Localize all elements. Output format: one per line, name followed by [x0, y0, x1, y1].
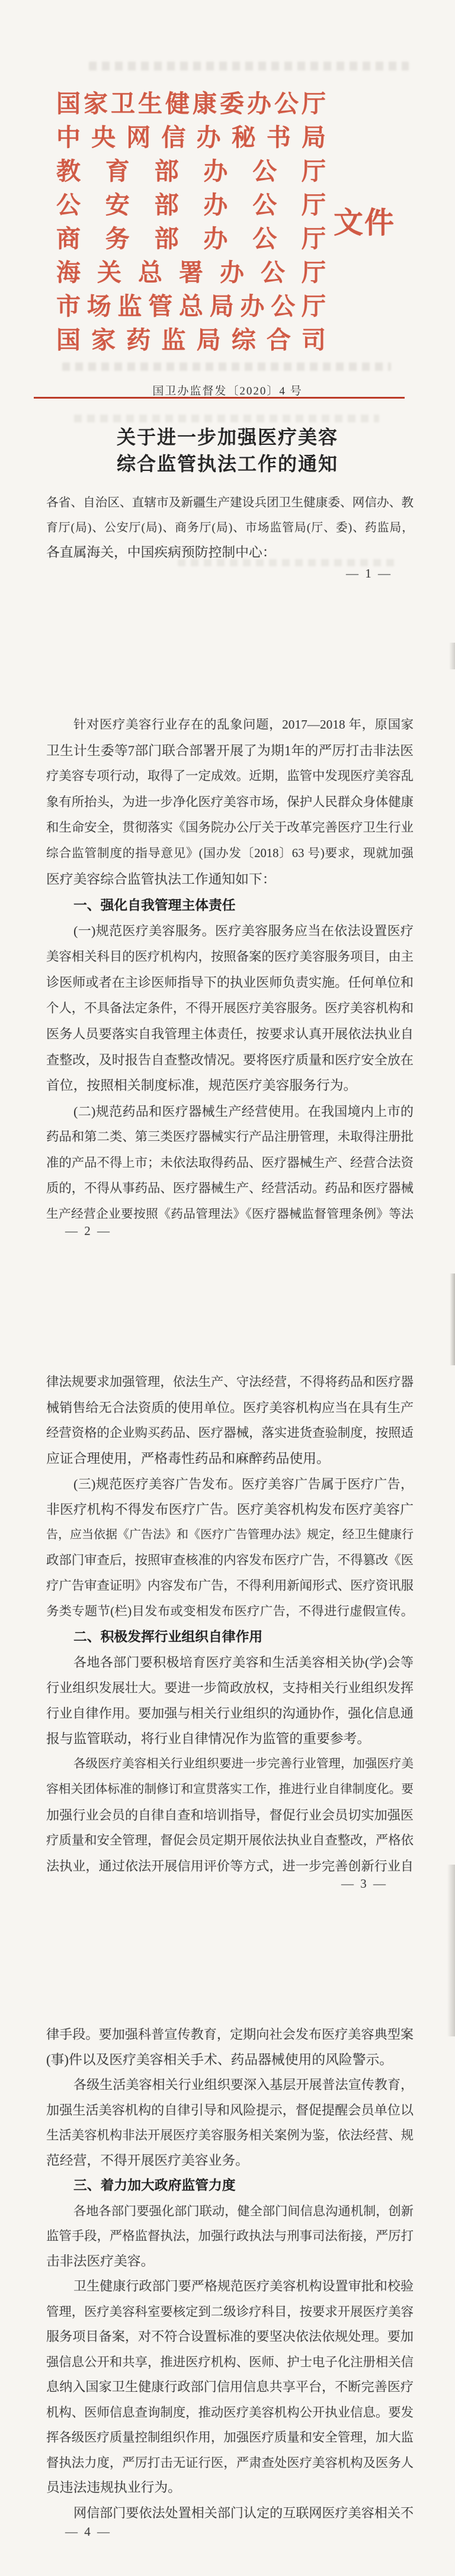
text-line: 击非法医疗美容。 [46, 2249, 414, 2275]
text-line: 法执业，通过依法开展信用评价等方式，进一步完善创新行业自 [46, 1853, 414, 1879]
agency-name: 海关总署办公厅 [56, 254, 326, 287]
text-line: 各级生活美容相关行业组织要深入基层开展普法宣传教育， [46, 2073, 414, 2098]
agency-name: 中央网信办秘书局 [56, 118, 326, 152]
text-line: 医疗美容综合监管执法工作通知如下： [46, 867, 414, 893]
ink-bleedthrough-smudge [89, 62, 409, 70]
text-line: 督执法力度，严厉打击无证行医，严肃查处医疗美容机构及医务人 [46, 2450, 414, 2476]
agency-name: 国家药监局综合司 [56, 321, 326, 355]
agency-name: 公安部办公厅 [56, 186, 326, 220]
text-line: (三)规范医疗美容广告发布。医疗美容广告属于医疗广告， [46, 1471, 414, 1497]
text-line: 疗质量和安全管理，督促会员定期开展依法执业自查整改，严格依 [46, 1828, 414, 1853]
page-number-marker: — 3 — [341, 1876, 387, 1891]
text-line: 加强行业会员的自律自查和培训指导，督促行业会员切实加强医 [46, 1802, 414, 1828]
page-4-text-block: 律手段。要加强科普宣传教育，定期向社会发布医疗美容典型案(事)件以及医疗美容相关… [46, 2022, 414, 2526]
text-line: 针对医疗美容行业存在的乱象问题，2017—2018 年，原国家 [46, 712, 414, 738]
text-line: 诊医师或者在主诊医师指导下的执业医师负责实施。任何单位和 [46, 970, 414, 996]
text-line: 医务人员要落实自我管理主体责任，按要求认真开展依法执业自 [46, 1021, 414, 1047]
agency-name: 商务部办公厅 [56, 220, 326, 254]
text-line: 综合监管制度的指导意见》(国办发〔2018〕63 号)要求，现就加强 [46, 841, 414, 867]
doc-number: 国卫办监督发〔2020〕4 号 [0, 382, 455, 398]
text-line: 务类专题节(栏)目发布或变相发布医疗广告，不得进行虚假宣传。 [46, 1599, 414, 1624]
text-line: 质的，不得从事药品、医疗器械生产、经营活动。药品和医疗器械 [46, 1176, 414, 1202]
text-line: 律法规要求加强管理，依法生产、守法经营，不得将药品和医疗器 [46, 1369, 414, 1395]
text-line: 管理，医疗美容科室要核定到二级诊疗科目，按要求开展医疗美容 [46, 2299, 414, 2325]
text-line: 告，应当依据《广告法》和《医疗广告管理办法》规定，经卫生健康行 [46, 1522, 414, 1548]
text-line: 监管手段，严格监督执法，加强行政执法与刑事司法衔接，严厉打 [46, 2224, 414, 2249]
ink-bleedthrough-smudge [178, 559, 397, 566]
text-line: 生活美容机构非法开展医疗美容服务相关案例为鉴，依法经营、规 [46, 2123, 414, 2148]
text-line: 卫生健康行政部门要严格规范医疗美容机构设置审批和校验 [46, 2274, 414, 2299]
text-line: 息纳入国家卫生健康行政部门信用信息共享平台，不断完善医疗 [46, 2375, 414, 2400]
text-line: 容相关团体标准的制修订和宣贯落实工作，推进行业自律制度化。要 [46, 1777, 414, 1802]
text-line: 报与监管联动，将行业自律情况作为监管的重要参考。 [46, 1726, 414, 1751]
text-line: 网信部门要依法处置相关部门认定的互联网医疗美容相关不 [46, 2501, 414, 2526]
section-heading: 二、积极发挥行业组织自律作用 [46, 1624, 414, 1650]
file-label: 文件 [334, 199, 395, 242]
ink-bleedthrough-smudge [62, 362, 391, 371]
text-line: 员违法违规执业行为。 [46, 2475, 414, 2501]
page-number-marker: — 4 — [65, 2524, 111, 2539]
text-line: 行业自律作用。要加强与相关行业组织的沟通协作，强化信息通 [46, 1701, 414, 1726]
document-title: 关于进一步加强医疗美容 综合监管执法工作的通知 [0, 424, 455, 477]
title-line-1: 关于进一步加强医疗美容 [0, 424, 455, 451]
text-line: 象有所抬头，为进一步净化医疗美容市场，保护人民群众身体健康 [46, 790, 414, 816]
text-line: 经营资格的企业购买药品、医疗器械，落实进货查验制度，按照适 [46, 1420, 414, 1446]
page-2-text-block: 针对医疗美容行业存在的乱象问题，2017—2018 年，原国家卫生计生委等7部门… [46, 712, 414, 1227]
text-line: 行业组织发展壮大。要进一步简政放权，支持相关行业组织发挥 [46, 1675, 414, 1701]
page-number-marker: — 2 — [65, 1224, 111, 1239]
section-heading: 三、着力加大政府监管力度 [46, 2173, 414, 2199]
text-line: 疗美容专项行动，取得了一定成效。近期，监管中发现医疗美容乱 [46, 764, 414, 790]
agency-name: 教育部办公厅 [56, 152, 326, 186]
text-line: 育厅(局)、公安厅(局)、商务厅(局)、市场监管局(厅、委)、药监局， [46, 515, 414, 540]
text-line: 应证合理使用，严格毒性药品和麻醉药品使用。 [46, 1446, 414, 1471]
agency-name: 国家卫生健康委办公厅 [56, 85, 326, 118]
page-3-text-block: 律法规要求加强管理，依法生产、守法经营，不得将药品和医疗器械销售给无合法资质的使… [46, 1369, 414, 1879]
text-line: 药品和第二类、第三类医疗器械实行产品注册管理，未取得注册批 [46, 1124, 414, 1150]
text-line: 律手段。要加强科普宣传教育，定期向社会发布医疗美容典型案 [46, 2022, 414, 2048]
text-line: 范经营，不得开展医疗美容业务。 [46, 2148, 414, 2174]
text-line: 各省、自治区、直辖市及新疆生产建设兵团卫生健康委、网信办、教 [46, 490, 414, 515]
text-line: 非医疗机构不得发布医疗广告。医疗美容机构发布医疗美容广 [46, 1497, 414, 1522]
text-line: 查整改，及时报告自查整改情况。要将医疗质量和医疗安全放在 [46, 1047, 414, 1073]
text-line: 械销售给无合法资质的使用单位。医疗美容机构应当在具有生产 [46, 1395, 414, 1420]
page-number-marker: — 1 — [346, 566, 392, 581]
text-line: 各地各部门要强化部门联动，健全部门间信息沟通机制，创新 [46, 2199, 414, 2224]
section-heading: 一、强化自我管理主体责任 [46, 893, 414, 919]
scan-edge-shadow [449, 643, 455, 669]
text-line: 挥各级医疗质量控制组织作用，加强医疗质量和安全管理，加大监 [46, 2425, 414, 2450]
agency-list: 国家卫生健康委办公厅中央网信办秘书局教育部办公厅公安部办公厅商务部办公厅海关总署… [56, 85, 326, 355]
scan-edge-shadow [447, 1865, 455, 2036]
red-divider-rule [34, 397, 405, 399]
text-line: (一)规范医疗美容服务。医疗美容服务应当在依法设置医疗 [46, 918, 414, 944]
text-line: 个人，不具备法定条件，不得开展医疗美容服务。医疗美容机构和 [46, 996, 414, 1022]
agency-name: 市场监管总局办公厅 [56, 287, 326, 321]
text-line: 首位，按照相关制度标准，规范医疗美容服务行为。 [46, 1073, 414, 1099]
text-line: 和生命安全，贯彻落实《国务院办公厅关于改革完善医疗卫生行业 [46, 815, 414, 841]
text-line: 美容相关科目的医疗机构内，按照备案的医疗美容服务项目，由主 [46, 944, 414, 970]
text-line: 服务项目备案，对不符合设置标准的要坚决依法依规处理。要加 [46, 2324, 414, 2350]
text-line: 强信息公开和共享，推进医疗机构、医师、护士电子化注册相关信 [46, 2350, 414, 2375]
text-line: 各级医疗美容相关行业组织要进一步完善行业管理，加强医疗美 [46, 1751, 414, 1777]
title-line-2: 综合监管执法工作的通知 [0, 451, 455, 477]
text-line: (事)件以及医疗美容相关手术、药品器械使用的风险警示。 [46, 2048, 414, 2073]
text-line: 加强生活美容机构的自律引导和风险提示，督促提醒会员单位以 [46, 2098, 414, 2123]
text-line: 准的产品不得上市；未依法取得药品、医疗器械生产、经营合法资 [46, 1150, 414, 1176]
text-line: 疗广告审查证明》内容发布广告，不得利用新闻形式、医疗资讯服 [46, 1573, 414, 1599]
ink-bleedthrough-smudge [74, 415, 379, 422]
text-line: 政部门审查后，按照审查核准的内容发布医疗广告，不得篡改《医 [46, 1548, 414, 1573]
document-scan: 国家卫生健康委办公厅中央网信办秘书局教育部办公厅公安部办公厅商务部办公厅海关总署… [0, 0, 455, 2576]
text-line: 卫生计生委等7部门联合部署开展了为期1年的严厉打击非法医 [46, 738, 414, 764]
text-line: (二)规范药品和医疗器械生产经营使用。在我国境内上市的 [46, 1099, 414, 1125]
text-line: 机构、医师信息查询制度，推动医疗美容机构公开执业信息。要发 [46, 2400, 414, 2426]
page-1-text-block: 各省、自治区、直辖市及新疆生产建设兵团卫生健康委、网信办、教育厅(局)、公安厅(… [46, 490, 414, 565]
text-line: 各地各部门要积极培育医疗美容和生活美容相关协(学)会等 [46, 1650, 414, 1675]
scan-edge-shadow [450, 1273, 455, 1365]
